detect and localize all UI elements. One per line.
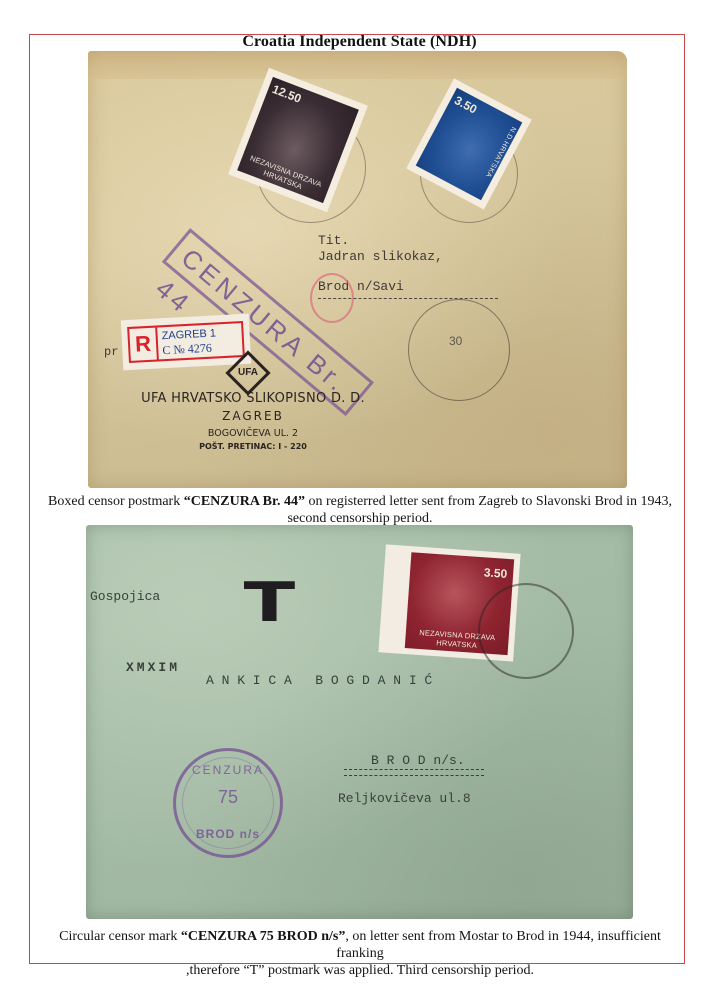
letterhead-city: ZAGREB (118, 409, 388, 423)
destination-street: Reljkovičeva ul.8 (338, 791, 471, 806)
postage-due-envelope-cover: Gospojica T 3.50 NEZAVISNA DRZAVA HRVATS… (86, 525, 633, 919)
stamp-caption: NEZAVISNA DRZAVA HRVATSKA (238, 151, 330, 201)
page-title: Croatia Independent State (NDH) (0, 33, 719, 51)
letterhead-po-box: POŠT. PRETINAC: I - 220 (118, 442, 388, 451)
address-line-1: Tit. (318, 233, 349, 248)
letterhead-company: UFA HRVATSKO SLIKOPISNO D. D. (118, 391, 388, 406)
censor-mark-circular: CENZURA 75 BROD n/s (173, 748, 283, 858)
city-underline-1 (344, 769, 484, 770)
stamp-value: 3.50 (452, 93, 479, 116)
salutation: Gospojica (90, 589, 160, 604)
stamp-value: 12.50 (270, 82, 303, 106)
registration-letter: R (129, 327, 159, 360)
city-underline-2 (344, 775, 484, 776)
registration-label: R ZAGREB 1 C № 4276 (121, 314, 251, 371)
censor-mark-bottom: BROD n/s (176, 827, 280, 841)
postage-due-t-mark: T (244, 571, 296, 634)
censor-mark-number: 75 (176, 787, 280, 808)
caption-cover-2: Circular censor mark “CENZURA 75 BROD n/… (40, 928, 680, 979)
postmark-number: 30 (449, 334, 462, 348)
registration-number: C № 4276 (162, 340, 217, 357)
registered-envelope-cover: 12.50 NEZAVISNA DRZAVA HRVATSKA 3.50 N.D… (88, 51, 627, 488)
letterhead-street: BOGOVIČEVA UL. 2 (118, 428, 388, 439)
crossed-out-text: XMXIM (126, 660, 180, 675)
stamp-value: 3.50 (483, 565, 507, 581)
destination-city: B R O D n/s. (371, 753, 465, 768)
recipient-name: A N K I C A B O G D A N I Ć (206, 673, 432, 688)
caption-cover-1: Boxed censor postmark “CENZURA Br. 44” o… (40, 493, 680, 527)
zagreb-postmark: 30 (408, 299, 510, 401)
mostar-postmark (478, 583, 574, 679)
address-line-2: Jadran slikokaz, (318, 249, 443, 264)
red-pencil-mark (310, 273, 354, 323)
censor-mark-top: CENZURA (176, 763, 280, 777)
prefix-text: pr (104, 345, 118, 359)
